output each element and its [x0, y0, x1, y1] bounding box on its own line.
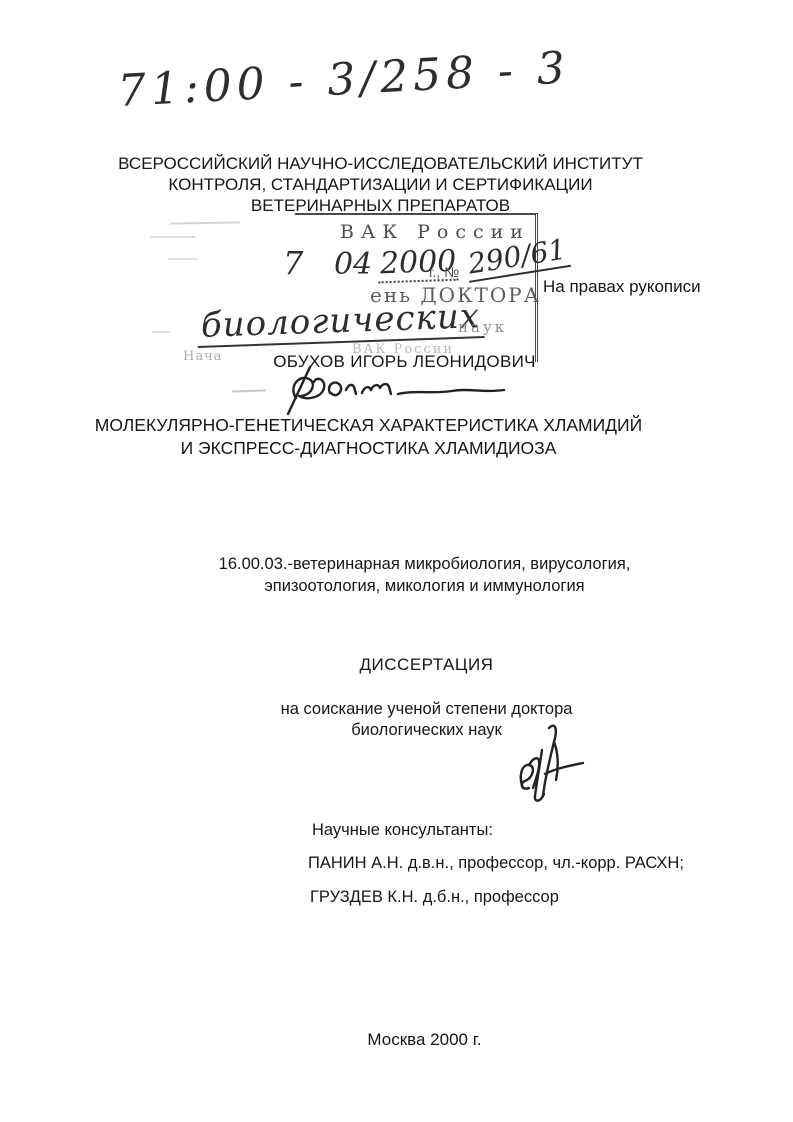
- consultant-2: ГРУЗДЕВ К.Н. д.б.н., профессор: [310, 888, 559, 907]
- vak-stamp-field-fragment: наук: [458, 318, 507, 336]
- dissertation-title-page: 71:00 - 3/258 - 3 ВСЕРОССИЙСКИЙ НАУЧНО-И…: [0, 0, 793, 1122]
- thesis-title-line-2: И ЭКСПРЕСС-ДИАГНОСТИКА ХЛАМИДИОЗА: [0, 437, 765, 460]
- vak-stamp-org-line: ВАК России: [340, 221, 530, 243]
- degree-pursuit: на соискание ученой степени доктора биол…: [30, 699, 793, 741]
- vak-stamp-date-month: 04: [334, 247, 372, 282]
- consultants-heading: Научные консультанты:: [312, 821, 493, 840]
- specialty-code: 16.00.03.-ветеринарная микробиология, ви…: [28, 553, 793, 597]
- city-year: Москва 2000 г.: [28, 1030, 793, 1050]
- institution-line-1: ВСЕРОССИЙСКИЙ НАУЧНО-ИССЛЕДОВАТЕЛЬСКИЙ И…: [0, 153, 777, 174]
- institution-line-2: КОНТРОЛЯ, СТАНДАРТИЗАЦИИ И СЕРТИФИКАЦИИ: [0, 174, 777, 195]
- specialty-line-2: эпизоотология, микология и иммунология: [28, 575, 793, 597]
- handwritten-archive-number: 71:00 - 3/258 - 3: [117, 42, 571, 117]
- manuscript-rights-note: На правах рукописи: [543, 277, 701, 297]
- institution-name: ВСЕРОССИЙСКИЙ НАУЧНО-ИССЛЕДОВАТЕЛЬСКИЙ И…: [0, 153, 777, 216]
- scan-smudge: [150, 236, 195, 238]
- scan-smudge: [168, 258, 198, 260]
- degree-pursuit-line-1: на соискание ученой степени доктора: [30, 699, 793, 720]
- scan-smudge: [152, 331, 170, 333]
- thesis-title-line-1: МОЛЕКУЛЯРНО-ГЕНЕТИЧЕСКАЯ ХАРАКТЕРИСТИКА …: [0, 414, 765, 437]
- scan-smudge: [232, 389, 266, 392]
- vak-stamp-date-label: г., №: [429, 264, 459, 280]
- consultant-1: ПАНИН А.Н. д.в.н., профессор, чл.-корр. …: [308, 854, 684, 873]
- vak-stamp-date-day: 7: [283, 244, 303, 282]
- approval-signature: [513, 716, 591, 807]
- author-signature: [272, 364, 512, 421]
- specialty-line-1: 16.00.03.-ветеринарная микробиология, ви…: [28, 553, 793, 575]
- scan-smudge: [170, 221, 240, 224]
- degree-pursuit-line-2: биологических наук: [30, 720, 793, 741]
- thesis-title: МОЛЕКУЛЯРНО-ГЕНЕТИЧЕСКАЯ ХАРАКТЕРИСТИКА …: [0, 414, 765, 460]
- document-type: ДИССЕРТАЦИЯ: [30, 655, 793, 675]
